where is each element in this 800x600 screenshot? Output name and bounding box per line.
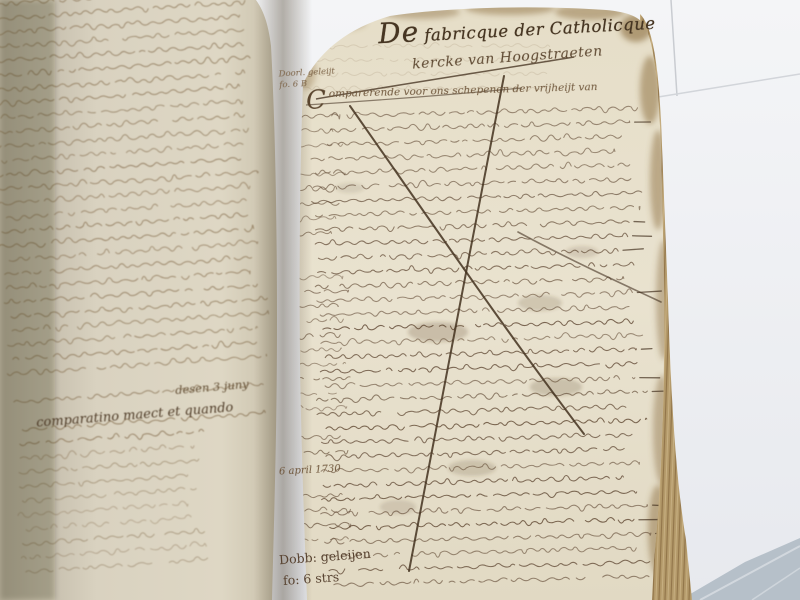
photo-canvas xyxy=(0,0,800,600)
handwriting-line xyxy=(634,221,645,222)
handwriting-line xyxy=(639,519,659,520)
right-page xyxy=(300,7,665,600)
gutter-shadow xyxy=(254,0,312,600)
handwriting-line xyxy=(641,349,652,350)
handwriting-line xyxy=(635,122,651,123)
handwriting-line xyxy=(640,377,660,378)
manuscript-photo: Defabricque der Catholicque kercke van H… xyxy=(0,0,800,600)
